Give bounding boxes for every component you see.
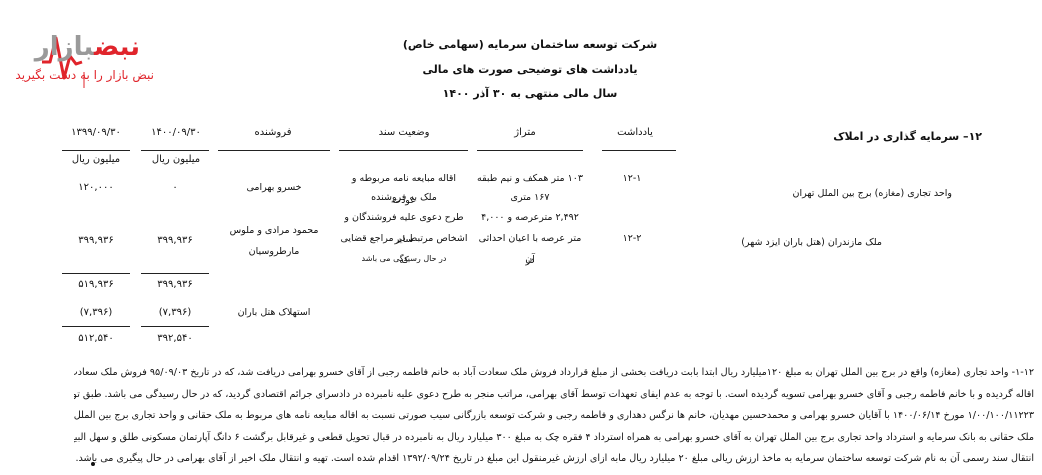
company-name: شرکت توسعه ساختمان سرمایه (سهامی خاص)	[380, 38, 680, 51]
divider	[477, 150, 583, 151]
row-area: ۲,۴۹۲ مترعرصه و ۴,۰۰۰	[475, 207, 585, 229]
row-value-1400: ۳۹۹,۹۳۶	[141, 235, 209, 246]
paragraph-line: ملک حقانی به بانک سرمایه و استرداد واحد …	[74, 427, 1034, 449]
brand-logo: نبضبازار نبض بازار را به دست بگیرید	[20, 30, 160, 90]
paragraph-line: ۱-۱۲- واحد تجاری (مغازه) واقع در برج بین…	[74, 362, 1034, 384]
divider	[62, 273, 130, 274]
paragraph-line: ۱/۰۰/۱۰۰/۱۱۲۲۳ مورخ ۱۴۰۰/۰۶/۱۴ با آقایان…	[74, 405, 1034, 427]
depreciation-label: استهلاک هتل باران	[218, 302, 330, 324]
col-header-area: متراژ	[470, 127, 580, 138]
report-period: سال مالی منتهی به ۳۰ آذر ۱۴۰۰	[380, 87, 680, 100]
depreciation-1399: (۷,۳۹۶)	[62, 307, 130, 318]
col-header-1400: ۱۴۰۰/۰۹/۳۰	[142, 127, 210, 138]
section-title: ۱۲– سرمایه گذاری در املاک	[833, 130, 982, 143]
col-header-1399: ۱۳۹۹/۰۹/۳۰	[62, 127, 130, 138]
bullet-dot	[91, 462, 95, 466]
row-area: آن	[475, 249, 585, 271]
divider	[602, 150, 676, 151]
row-value-1399: ۳۹۹,۹۳۶	[62, 235, 130, 246]
total-1400: ۳۹۲,۵۴۰	[141, 333, 209, 344]
divider	[218, 150, 330, 151]
subtotal-1400: ۳۹۹,۹۳۶	[141, 279, 209, 290]
row-seller: محمود مرادی و ملوس	[218, 220, 330, 242]
unit-label-1400: میلیون ریال	[142, 154, 210, 165]
row-doc-status: ملک به فروشنده	[340, 187, 468, 209]
row-seller: مارطروسیان	[218, 241, 330, 263]
report-subtitle: یادداشت های توضیحی صورت های مالی	[380, 63, 680, 76]
logo-wordmark: نبضبازار	[35, 32, 140, 62]
divider	[141, 326, 209, 327]
divider	[62, 326, 130, 327]
row-area: ۱۶۷ متری	[475, 187, 585, 209]
col-header-doc-status: وضعیت سند	[340, 127, 468, 138]
row-note: ۱۲-۱	[612, 168, 652, 190]
paragraph-line: اقاله گردیده و با خانم فاطمه رجبی و آقای…	[74, 384, 1034, 406]
col-header-seller: فروشنده	[218, 127, 328, 138]
row-description: ملک مازندران (هتل باران ایزد شهر)	[741, 232, 882, 254]
row-note: ۱۲-۲	[612, 228, 652, 250]
row-value-1400: ۰	[141, 182, 209, 193]
logo-tagline: نبض بازار را به دست بگیرید	[15, 68, 154, 82]
unit-label-1399: میلیون ریال	[62, 154, 130, 165]
row-value-1399: ۱۲۰,۰۰۰	[62, 182, 130, 193]
divider	[141, 273, 209, 274]
note-12-1-paragraph: ۱-۱۲- واحد تجاری (مغازه) واقع در برج بین…	[74, 362, 1034, 470]
col-header-note: یادداشت	[600, 127, 670, 138]
row-seller: خسرو بهرامی	[218, 177, 330, 199]
divider	[339, 150, 468, 151]
divider	[141, 150, 209, 151]
row-description: واحد تجاری (مغازه) برج بین الملل تهران	[793, 183, 952, 205]
subtotal-1399: ۵۱۹,۹۳۶	[62, 279, 130, 290]
total-1399: ۵۱۲,۵۴۰	[62, 333, 130, 344]
depreciation-1400: (۷,۳۹۶)	[141, 307, 209, 318]
row-doc-status: در حال رسیدگی می باشد	[340, 248, 468, 270]
paragraph-line: انتقال سند رسمی آن به نام شرکت توسعه ساخ…	[74, 448, 1034, 470]
divider	[62, 150, 130, 151]
